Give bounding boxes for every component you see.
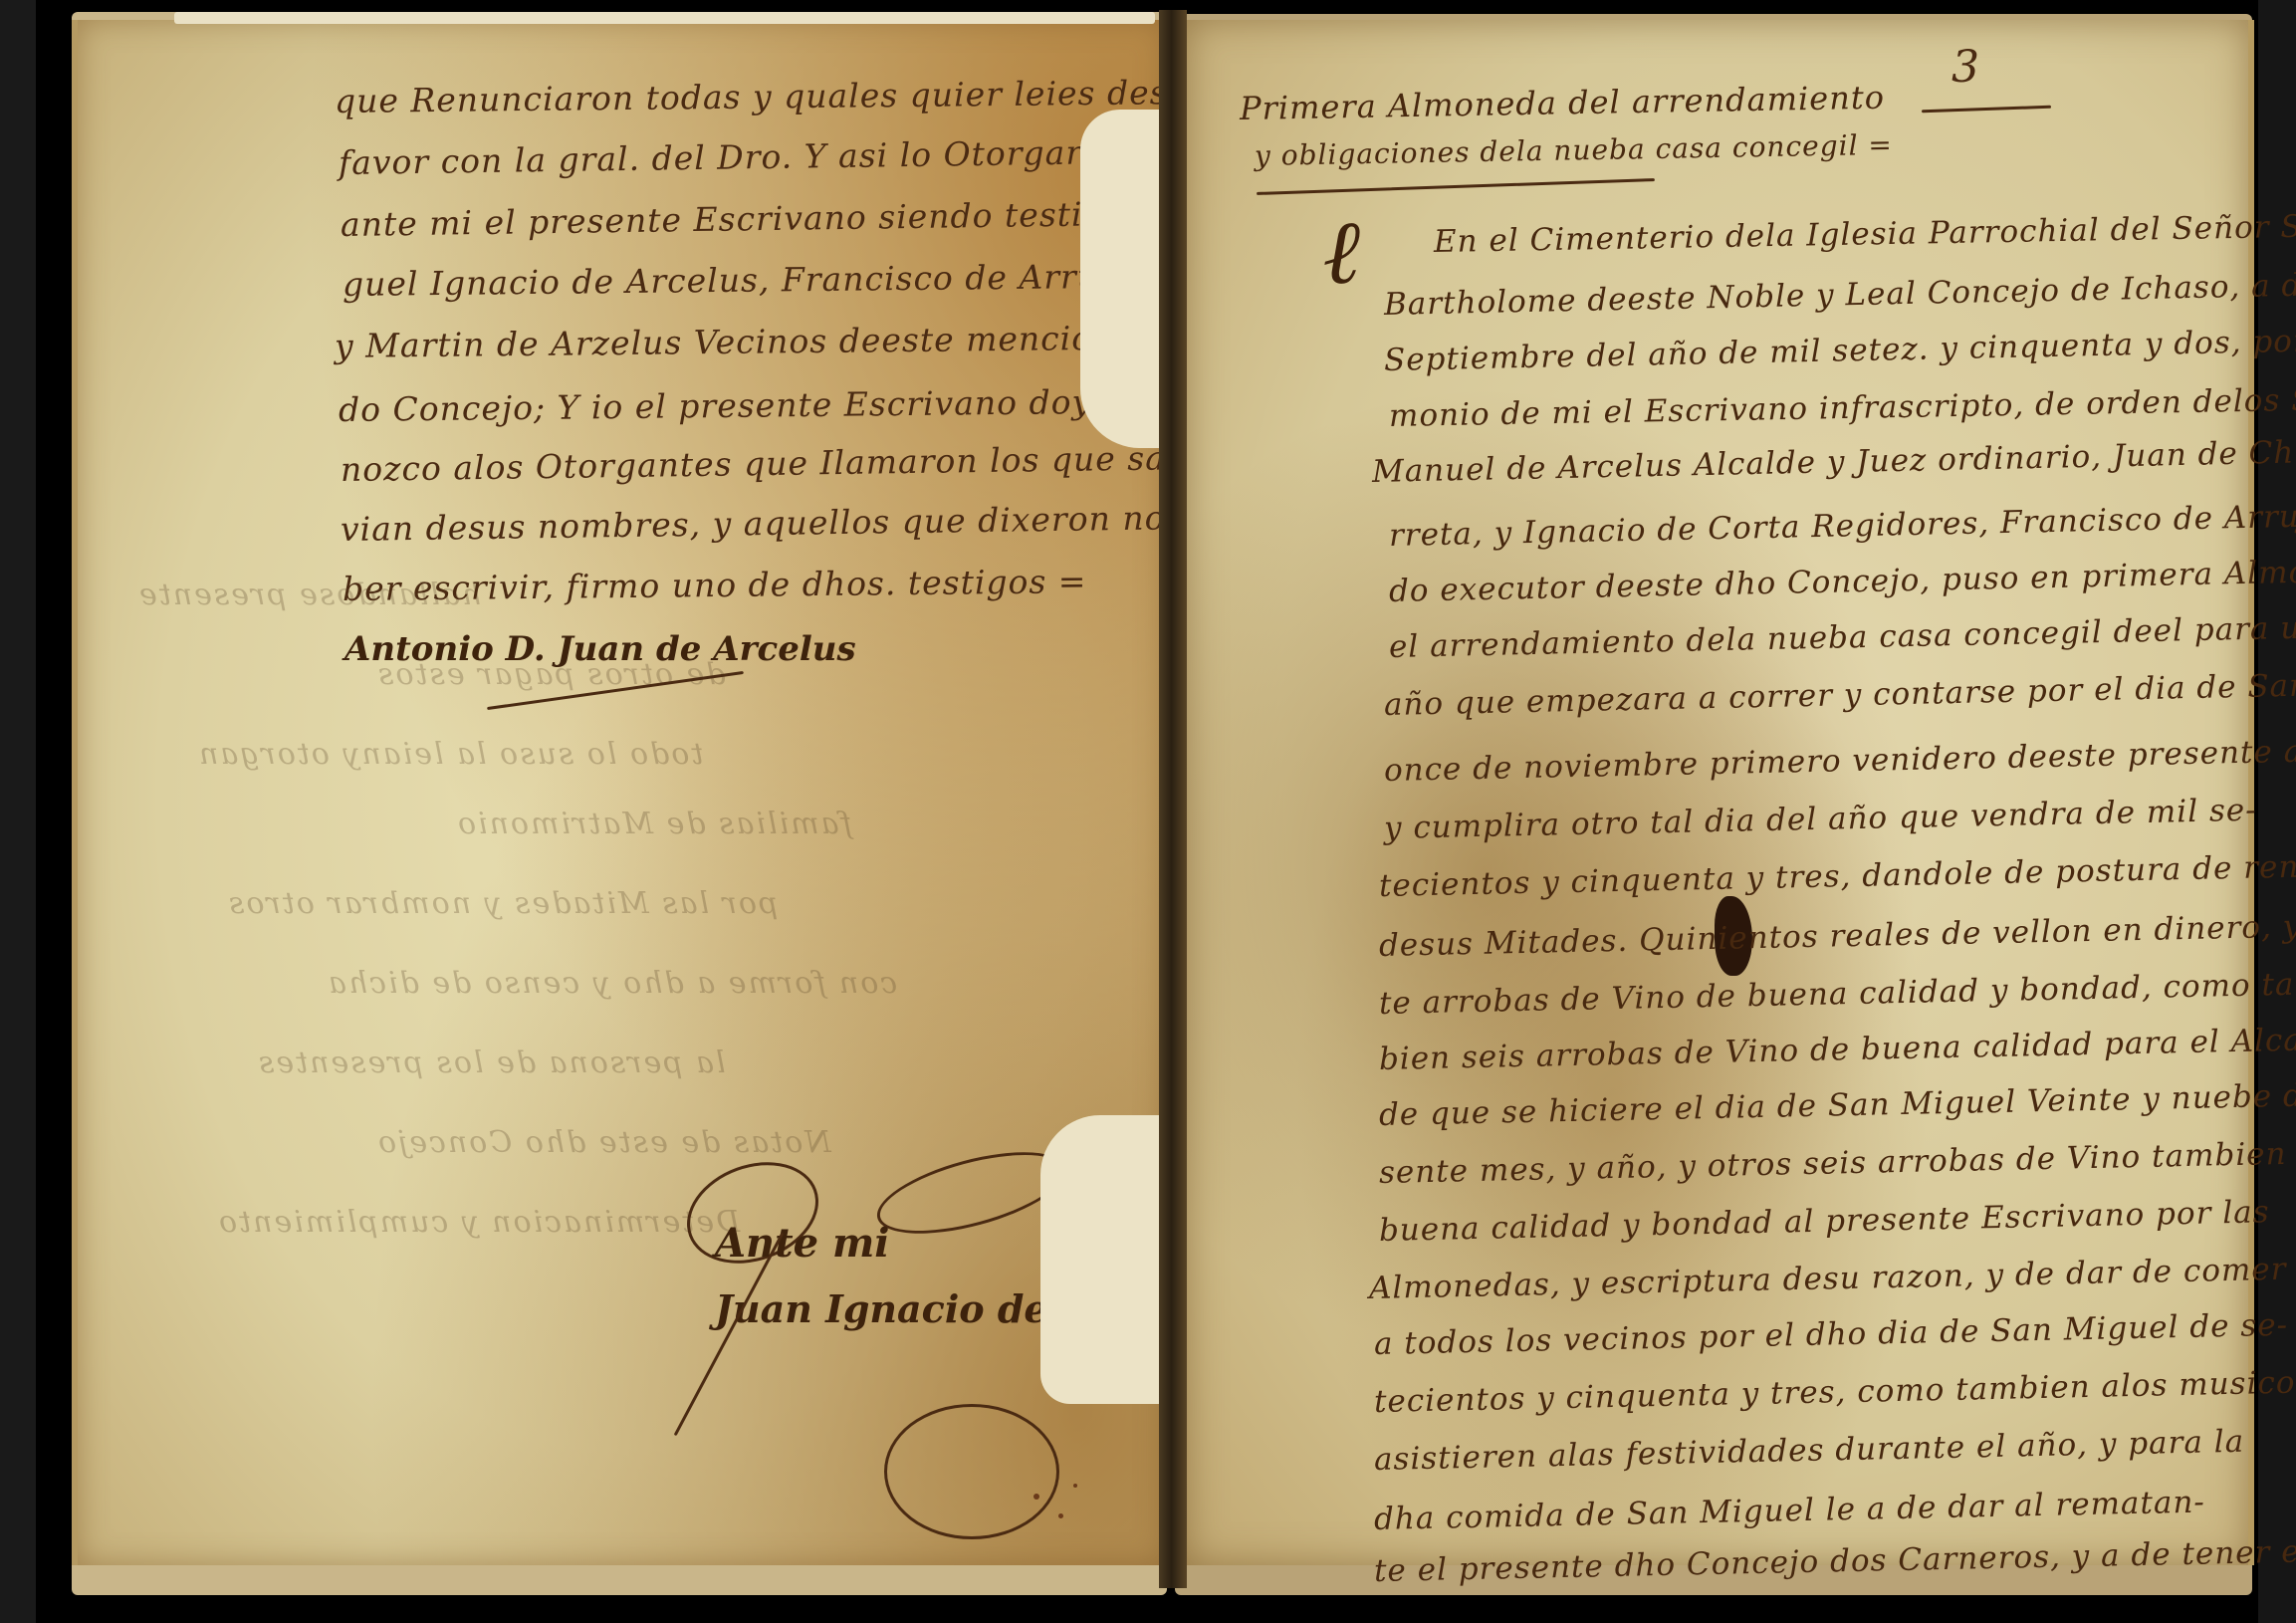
bleed-through-line: la persona de los presentes (257, 1045, 726, 1080)
bleed-through-line: todo lo suso la leiany otorgan (197, 737, 703, 772)
manuscript-line: que Renunciaron todas y quales quier lei… (335, 73, 1165, 120)
manuscript-line: do Concejo; Y io el presente Escrivano d… (339, 381, 1165, 429)
torn-edge-reveal (1080, 110, 1159, 448)
bleed-through-line: con forme a dho y censo de dicha (327, 966, 897, 1001)
ink-speckle (1058, 1513, 1063, 1518)
manuscript-line: y Martin de Arzelus Vecinos deeste menci… (335, 318, 1165, 365)
book-spine (1159, 10, 1187, 1588)
ink-speckle (1033, 1494, 1039, 1500)
decorative-initial: ℓ (1324, 199, 1362, 305)
left-border-band (0, 0, 36, 1623)
manuscript-line: favor con la gral. del Dro. Y asi lo Oto… (339, 132, 1126, 182)
bleed-through-line: Determinacion y cumplimiento (217, 1205, 740, 1240)
ink-speckle (1073, 1484, 1077, 1488)
manuscript-line: ante mi el presente Escrivano siendo tes… (341, 193, 1165, 244)
signature-ante-mi: Ante mi (715, 1220, 890, 1267)
signature-arcelus: Antonio D. Juan de Arcelus (344, 629, 856, 669)
manuscript-line: nozco alos Otorgantes que Ilamaron los q… (341, 438, 1165, 489)
manuscript-line: vian desus nombres, y aquellos que dixer… (341, 498, 1165, 549)
underlying-page-edge (174, 12, 1155, 24)
bleed-through-line: Notas de este dho Concejo (376, 1125, 831, 1160)
bleed-through-line: por las Mitades y nombrar otros (227, 886, 778, 921)
torn-edge-reveal (1040, 1115, 1159, 1404)
page-number: 3 (1952, 42, 1979, 93)
left-page: hallandose presente de otros pagar estos… (72, 20, 1165, 1565)
bleed-through-line: familias de Matrimonio (456, 807, 852, 841)
manuscript-line: guel Ignacio de Arcelus, Francisco de Ar… (343, 256, 1165, 304)
manuscript-line: ber escrivir, firmo uno de dhos. testigo… (343, 562, 1087, 608)
signature-flourish (884, 1404, 1059, 1539)
